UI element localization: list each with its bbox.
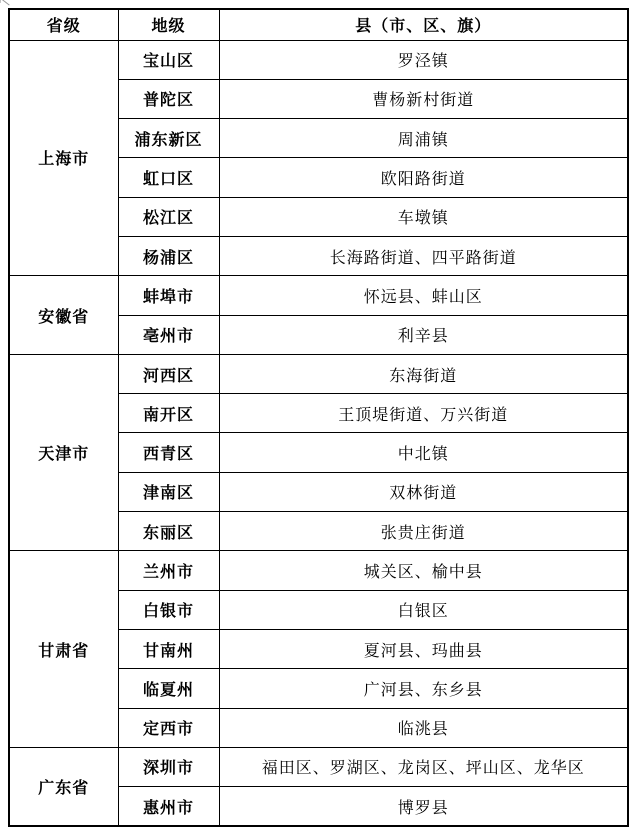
county-cell: 城关区、榆中县 — [219, 551, 628, 590]
county-cell: 福田区、罗湖区、龙岗区、坪山区、龙华区 — [219, 747, 628, 786]
province-cell: 甘肃省 — [9, 551, 118, 747]
city-cell: 杨浦区 — [118, 236, 219, 275]
province-cell: 天津市 — [9, 354, 118, 550]
city-cell: 南开区 — [118, 394, 219, 433]
county-cell: 广河县、东乡县 — [219, 669, 628, 708]
header-province: 省级 — [9, 9, 118, 40]
city-cell: 蚌埠市 — [118, 276, 219, 315]
county-cell: 长海路街道、四平路街道 — [219, 236, 628, 275]
county-cell: 曹杨新村街道 — [219, 79, 628, 118]
corner-artifact-icon — [0, 0, 9, 6]
county-cell: 临洮县 — [219, 708, 628, 747]
county-cell: 东海街道 — [219, 354, 628, 393]
city-cell: 宝山区 — [118, 40, 219, 79]
county-cell: 白银区 — [219, 590, 628, 629]
document-page: 省级 地级 县（市、区、旗） 上海市宝山区罗泾镇普陀区曹杨新村街道浦东新区周浦镇… — [0, 0, 631, 836]
province-cell: 广东省 — [9, 747, 118, 826]
city-cell: 临夏州 — [118, 669, 219, 708]
header-county: 县（市、区、旗） — [219, 9, 628, 40]
county-cell: 中北镇 — [219, 433, 628, 472]
city-cell: 河西区 — [118, 354, 219, 393]
header-prefecture: 地级 — [118, 9, 219, 40]
county-cell: 王顶堤街道、万兴街道 — [219, 394, 628, 433]
county-cell: 怀远县、蚌山区 — [219, 276, 628, 315]
city-cell: 普陀区 — [118, 79, 219, 118]
city-cell: 亳州市 — [118, 315, 219, 354]
table-body: 上海市宝山区罗泾镇普陀区曹杨新村街道浦东新区周浦镇虹口区欧阳路街道松江区车墩镇杨… — [9, 40, 628, 826]
county-cell: 双林街道 — [219, 472, 628, 511]
city-cell: 浦东新区 — [118, 119, 219, 158]
county-cell: 夏河县、玛曲县 — [219, 629, 628, 668]
city-cell: 白银市 — [118, 590, 219, 629]
table-row: 甘肃省兰州市城关区、榆中县 — [9, 551, 628, 590]
table-header-row: 省级 地级 县（市、区、旗） — [9, 9, 628, 40]
city-cell: 虹口区 — [118, 158, 219, 197]
city-cell: 兰州市 — [118, 551, 219, 590]
county-cell: 欧阳路街道 — [219, 158, 628, 197]
county-cell: 利辛县 — [219, 315, 628, 354]
province-cell: 上海市 — [9, 40, 118, 276]
city-cell: 深圳市 — [118, 747, 219, 786]
county-cell: 车墩镇 — [219, 197, 628, 236]
city-cell: 甘南州 — [118, 629, 219, 668]
city-cell: 松江区 — [118, 197, 219, 236]
province-cell: 安徽省 — [9, 276, 118, 355]
county-cell: 张贵庄街道 — [219, 512, 628, 551]
table-row: 广东省深圳市福田区、罗湖区、龙岗区、坪山区、龙华区 — [9, 747, 628, 786]
table-row: 上海市宝山区罗泾镇 — [9, 40, 628, 79]
table-row: 安徽省蚌埠市怀远县、蚌山区 — [9, 276, 628, 315]
city-cell: 东丽区 — [118, 512, 219, 551]
city-cell: 定西市 — [118, 708, 219, 747]
county-cell: 周浦镇 — [219, 119, 628, 158]
region-table: 省级 地级 县（市、区、旗） 上海市宝山区罗泾镇普陀区曹杨新村街道浦东新区周浦镇… — [8, 8, 629, 827]
city-cell: 惠州市 — [118, 787, 219, 826]
city-cell: 西青区 — [118, 433, 219, 472]
table-row: 天津市河西区东海街道 — [9, 354, 628, 393]
city-cell: 津南区 — [118, 472, 219, 511]
county-cell: 罗泾镇 — [219, 40, 628, 79]
county-cell: 博罗县 — [219, 787, 628, 826]
